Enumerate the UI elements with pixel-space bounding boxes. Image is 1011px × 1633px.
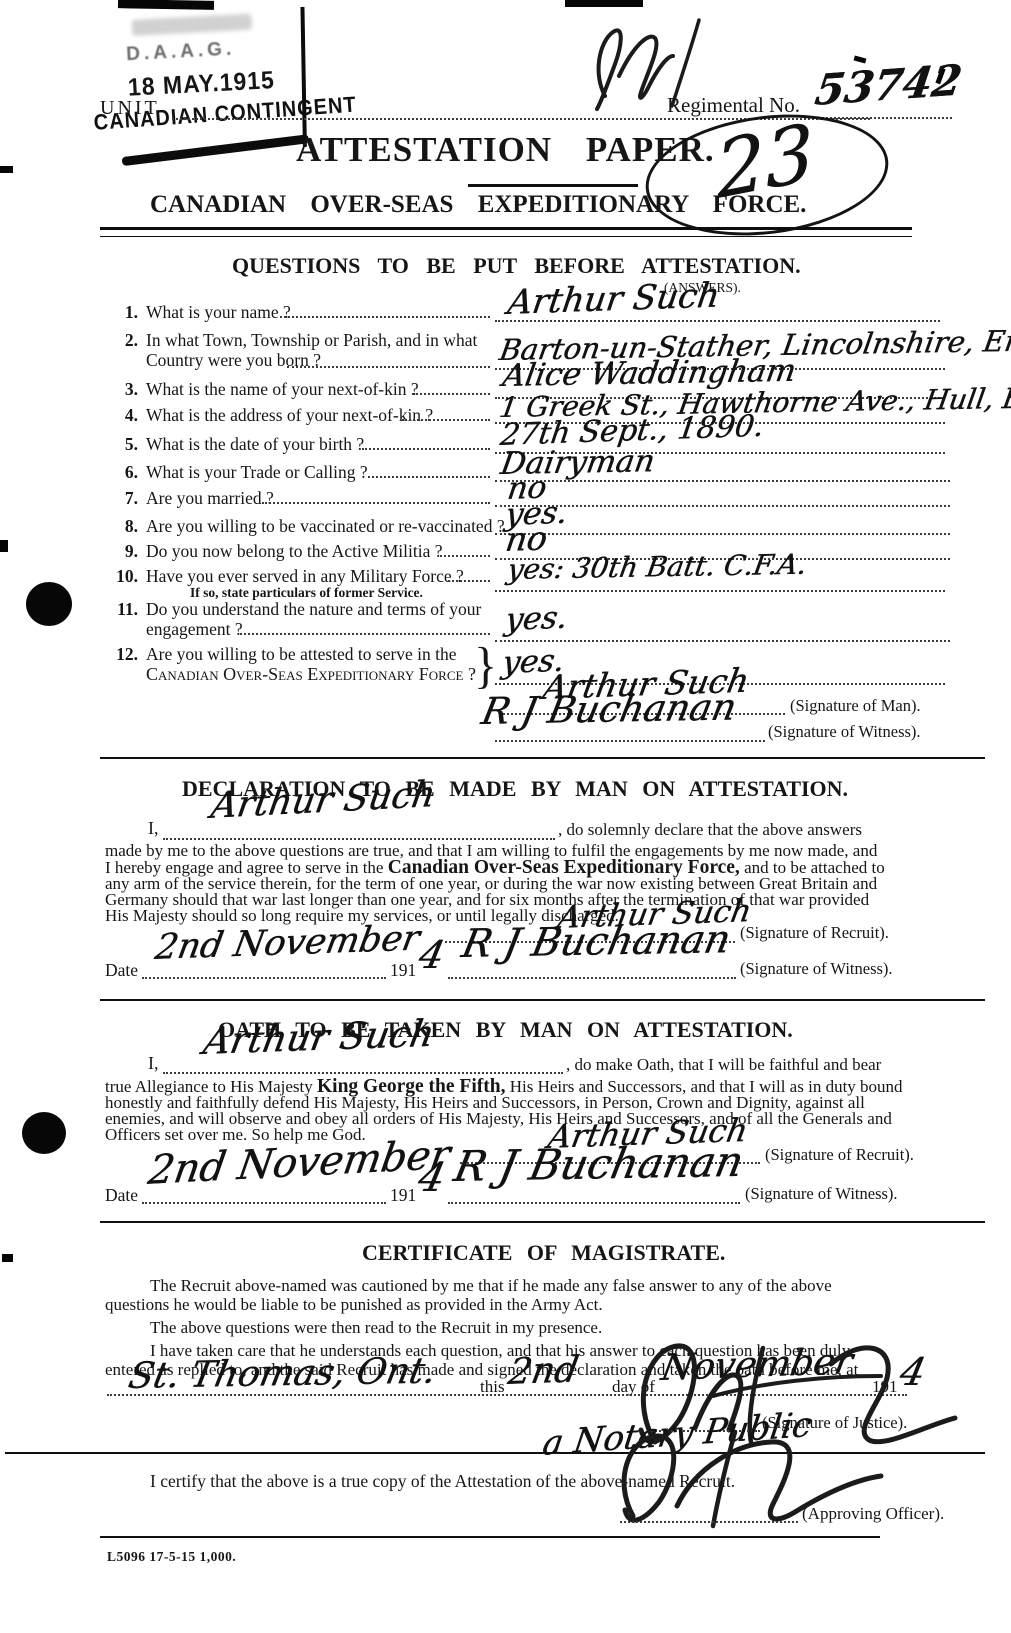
date-line xyxy=(142,1202,386,1204)
scan-artifact xyxy=(0,166,13,173)
stamp-frame-line xyxy=(122,134,310,166)
question-row: 12.Are you willing to be attested to ser… xyxy=(104,645,476,684)
approving-officer-line xyxy=(620,1521,798,1523)
man-signature-label: (Signature of Man). xyxy=(790,696,921,716)
date-label: Date xyxy=(105,960,138,981)
answer-line xyxy=(495,640,950,642)
answer-handwriting: Arthur Such xyxy=(505,275,722,323)
question-row: 3.What is the name of your next-of-kin ? xyxy=(108,379,419,400)
question-text: What is the address of your next-of-kin … xyxy=(146,405,433,425)
question-number: 10. xyxy=(104,566,138,587)
question-row: 10.Have you ever served in any Military … xyxy=(104,566,464,587)
declaration-name-line xyxy=(163,838,555,840)
question-text: engagement ? xyxy=(146,619,243,639)
year-handwriting: 4 xyxy=(415,933,449,977)
question-number: 3. xyxy=(108,379,138,400)
magistrate-title: CERTIFICATE OF MAGISTRATE. xyxy=(362,1240,725,1266)
magistrate-para-line: questions he would be liable to be punis… xyxy=(105,1295,603,1315)
question-leader xyxy=(368,476,490,478)
question-text: Are you willing to be vaccinated or re-v… xyxy=(146,516,505,536)
date-line xyxy=(142,977,386,979)
question-leader xyxy=(402,419,490,421)
question-text: What is your name ? xyxy=(146,302,291,322)
record-office-stamp: D.A.A.G. 18 MAY.1915 CANADIAN CONTINGENT xyxy=(86,2,329,169)
question-text: What is your Trade or Calling ? xyxy=(146,462,368,482)
question-text: Are you married ? xyxy=(146,488,274,508)
question-text: Have you ever served in any Military For… xyxy=(146,566,464,586)
question-leader xyxy=(440,555,490,557)
question-text: Are you willing to be attested to serve … xyxy=(146,644,457,664)
answer-line xyxy=(495,533,950,535)
stamp-daag-text: D.A.A.G. xyxy=(126,39,236,67)
stamp-frame-line xyxy=(300,7,306,147)
oath-intro: I, xyxy=(148,1053,159,1074)
witness-signature-line xyxy=(495,740,765,742)
year-printed: 191 xyxy=(390,1185,416,1206)
question-row: 1.What is your name ? xyxy=(108,302,291,323)
answer-handwriting: yes. xyxy=(503,600,570,638)
page-subtitle: CANADIAN OVER-SEAS EXPEDITIONARY FORCE. xyxy=(150,191,806,219)
recruit-signature-label: (Signature of Recruit). xyxy=(765,1145,914,1165)
magistrate-para-line: The Recruit above-named was cautioned by… xyxy=(150,1276,832,1296)
date-label: Date xyxy=(105,1185,138,1206)
approving-officer-label: (Approving Officer). xyxy=(802,1504,944,1524)
day-handwriting: 2nd xyxy=(505,1349,581,1393)
answer-handwriting: yes: 30th Batt. C.F.A. xyxy=(505,548,809,586)
question-row: 6.What is your Trade or Calling ? xyxy=(108,462,368,483)
witness-signature-handwriting: R J Buchanan xyxy=(450,1137,747,1191)
page-title: ATTESTATION PAPER. xyxy=(296,130,715,170)
question-leader xyxy=(240,633,490,635)
witness-signature-handwriting: R J Buchanan xyxy=(478,685,740,733)
question-number: 7. xyxy=(108,488,138,509)
magistrate-para-line: The above questions were then read to th… xyxy=(150,1318,602,1338)
question-brace: } xyxy=(474,637,497,695)
witness-signature-label: (Signature of Witness). xyxy=(745,1184,898,1204)
question-number: 5. xyxy=(108,434,138,455)
question-row: 2.In what Town, Township or Parish, and … xyxy=(108,331,477,370)
date-handwriting: 2nd November xyxy=(152,919,423,968)
witness-signature-handwriting: R J Buchanan xyxy=(458,917,734,967)
oath-body-line: , do make Oath, that I will be faithful … xyxy=(566,1055,881,1075)
question-number: 8. xyxy=(108,516,138,537)
scan-artifact xyxy=(565,0,643,7)
question-number: 6. xyxy=(108,462,138,483)
witness-signature-label: (Signature of Witness). xyxy=(740,959,893,979)
oath-name-line xyxy=(163,1072,563,1074)
bottom-rule xyxy=(100,1536,880,1538)
question-number: 12. xyxy=(104,645,138,665)
question-leader xyxy=(448,580,490,582)
question-text: Canadian Over-Seas Expeditionary Force ? xyxy=(146,664,476,684)
question-text: In what Town, Township or Parish, and in… xyxy=(146,330,477,350)
place-handwriting: St. Thomas, Ont. xyxy=(125,1351,439,1397)
witness-signature-line xyxy=(448,1202,740,1204)
question-leader xyxy=(280,316,490,318)
section-rule xyxy=(100,757,985,759)
question-row: 7.Are you married ? xyxy=(108,488,274,509)
answer-line xyxy=(495,590,945,592)
year-printed: 191 xyxy=(390,960,416,981)
question-number: 4. xyxy=(108,405,138,426)
section-rule xyxy=(100,227,912,237)
attestation-paper-scan: D.A.A.G. 18 MAY.1915 CANADIAN CONTINGENT… xyxy=(0,0,1011,1633)
question-leader xyxy=(412,393,490,395)
question-text: Do you understand the nature and terms o… xyxy=(146,599,481,619)
hole-punch xyxy=(22,1112,66,1154)
question-row: 8.Are you willing to be vaccinated or re… xyxy=(108,516,505,537)
witness-signature-label: (Signature of Witness). xyxy=(768,722,921,742)
regimental-no-line xyxy=(818,117,952,119)
unit-label: UNIT xyxy=(100,97,160,120)
declaration-body-line: , do solemnly declare that the above ans… xyxy=(558,820,862,840)
hole-punch xyxy=(26,582,72,626)
form-imprint: L5096 17-5-15 1,000. xyxy=(107,1549,236,1565)
question-number: 9. xyxy=(108,541,138,562)
scan-artifact xyxy=(2,1254,13,1262)
question-text: Do you now belong to the Active Militia … xyxy=(146,541,442,561)
question-leader xyxy=(262,502,490,504)
this-label: this xyxy=(480,1377,505,1397)
question-text: What is the name of your next-of-kin ? xyxy=(146,379,419,399)
title-underline xyxy=(468,184,638,187)
question-row: 4.What is the address of your next-of-ki… xyxy=(108,405,433,426)
question-row: 5.What is the date of your birth ? xyxy=(108,434,364,455)
question-text: What is the date of your birth ? xyxy=(146,434,364,454)
witness-signature-line xyxy=(448,977,736,979)
question-row: 9.Do you now belong to the Active Militi… xyxy=(108,541,442,562)
question-number: 2. xyxy=(108,331,138,351)
question-leader xyxy=(362,448,490,450)
recruit-signature-label: (Signature of Recruit). xyxy=(740,923,889,943)
scan-artifact xyxy=(0,540,8,552)
regimental-no-handwriting: 53742 xyxy=(812,55,965,115)
question-leader xyxy=(287,366,490,368)
section-rule xyxy=(100,999,985,1001)
question-number: 11. xyxy=(104,600,138,620)
oath-name-handwriting: Arthur Such xyxy=(200,1012,438,1063)
question-number: 1. xyxy=(108,302,138,323)
declaration-intro: I, xyxy=(148,818,159,839)
stamp-faint-mark xyxy=(131,14,252,36)
section-rule xyxy=(100,1221,985,1223)
